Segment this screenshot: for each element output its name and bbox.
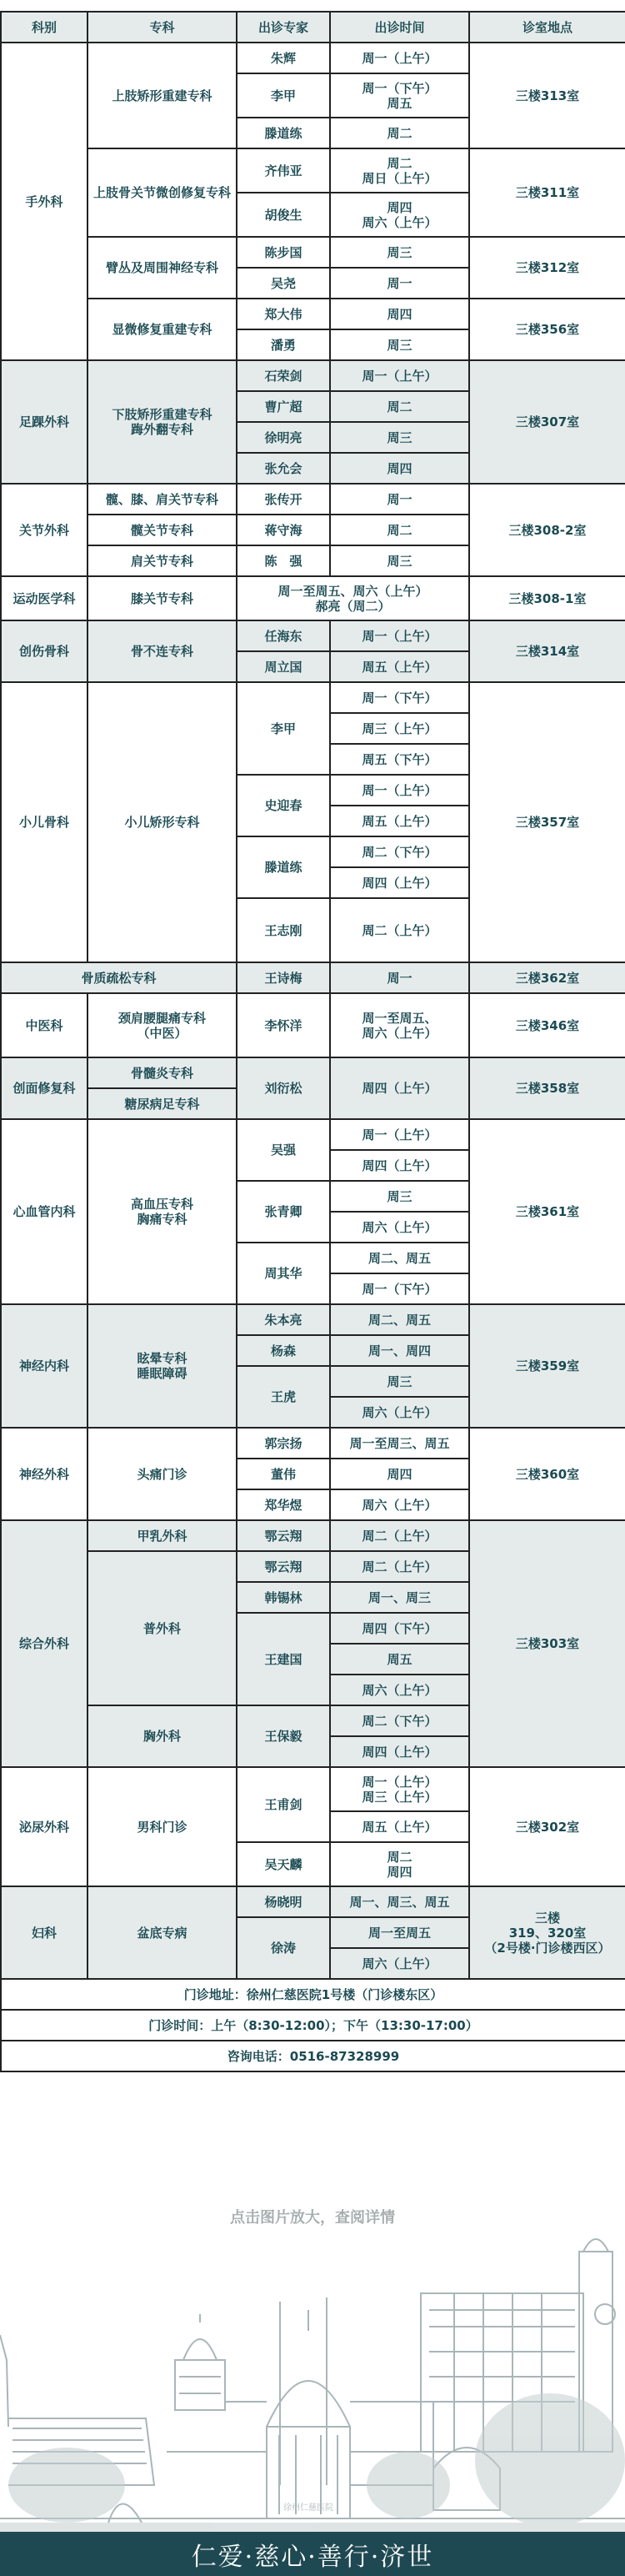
table-row: 骨质疏松专科 王诗梅 周一 三楼362室 <box>1 962 625 993</box>
time-cell: 周六（上午） <box>330 1489 469 1520</box>
doctor-cell: 鄂云翔 <box>237 1551 330 1582</box>
time-cell: 周四（上午） <box>330 867 469 898</box>
specialty-cell: 眩晕专科 睡眠障碍 <box>87 1304 237 1428</box>
specialty-cell: 胸外科 <box>87 1705 237 1767</box>
table-row: 综合外科 甲乳外科 鄂云翔 周二（上午） 三楼303室 <box>1 1520 625 1551</box>
time-cell: 周一至周五 <box>330 1917 469 1948</box>
specialty-cell: 糖尿病足专科 <box>87 1088 237 1119</box>
room-cell: 三楼312室 <box>469 237 625 299</box>
room-cell: 三楼360室 <box>469 1428 625 1520</box>
dept-cell: 妇科 <box>1 1886 87 1979</box>
doctor-cell: 周其华 <box>237 1243 330 1304</box>
dept-cell: 综合外科 <box>1 1520 87 1767</box>
dept-cell: 手外科 <box>1 43 87 360</box>
hospital-illustration[interactable]: 徐州仁慈医院 <box>0 2235 625 2532</box>
doctor-cell: 徐明亮 <box>237 422 330 453</box>
time-cell: 周一（上午） <box>330 43 469 73</box>
time-cell: 周一（下午） <box>330 682 469 713</box>
specialty-cell: 膝关节专科 <box>87 576 237 620</box>
time-cell: 周一（上午） 周三（上午） <box>330 1767 469 1811</box>
room-cell: 三楼303室 <box>469 1520 625 1767</box>
doctor-cell: 杨森 <box>237 1335 330 1366</box>
time-cell: 周一至周三、周五 <box>330 1428 469 1459</box>
specialty-cell: 骨不连专科 <box>87 620 237 682</box>
table-row: 创面修复科 骨髓炎专科 刘衍松 周四（上午） 三楼358室 <box>1 1057 625 1088</box>
specialty-cell: 臂丛及周围神经专科 <box>87 237 237 299</box>
table-row: 关节外科 髋、膝、肩关节专科 张传开 周一 三楼308-2室 <box>1 484 625 515</box>
hospital-sign: 徐州仁慈医院 <box>283 2502 333 2513</box>
doctor-cell: 王保毅 <box>237 1705 330 1767</box>
time-cell: 周三 <box>330 545 469 576</box>
table-row: 创伤骨科 骨不连专科 任海东 周一（上午） 三楼314室 <box>1 620 625 651</box>
table-row: 中医科 颈肩腰腿痛专科 （中医） 李怀洋 周一至周五、 周六（上午） 三楼346… <box>1 993 625 1057</box>
doctor-cell: 潘勇 <box>237 329 330 360</box>
table-row: 手外科 上肢矫形重建专科 朱辉 周一（上午） 三楼313室 <box>1 43 625 73</box>
doctor-cell: 王建国 <box>237 1613 330 1705</box>
doctor-cell: 朱本亮 <box>237 1304 330 1335</box>
specialty-cell: 肩关节专科 <box>87 545 237 576</box>
doctor-cell: 胡俊生 <box>237 193 330 237</box>
header-specialty: 专科 <box>87 12 237 43</box>
time-cell: 周六（上午） <box>330 1675 469 1705</box>
room-cell: 三楼359室 <box>469 1304 625 1428</box>
header-room: 诊室地点 <box>469 12 625 43</box>
footer-row: 门诊时间：上午（8:30-12:00）；下午（13:30-17:00） <box>1 2010 625 2041</box>
footer-row: 门诊地址：徐州仁慈医院1号楼（门诊楼东区） <box>1 1979 625 2010</box>
specialty-cell: 盆底专病 <box>87 1886 237 1979</box>
specialty-cell: 上肢骨关节微创修复专科 <box>87 148 237 237</box>
doctor-cell: 滕道练 <box>237 118 330 148</box>
doctor-cell: 齐伟亚 <box>237 148 330 193</box>
room-cell: 三楼356室 <box>469 299 625 360</box>
time-cell: 周三 <box>330 1181 469 1212</box>
doctor-cell: 董伟 <box>237 1459 330 1489</box>
dept-cell: 神经外科 <box>1 1428 87 1520</box>
time-cell: 周一（下午） <box>330 1273 469 1304</box>
slogan-text: 仁爱·慈心·善行·济世 <box>192 2536 434 2573</box>
time-cell: 周二、周五 <box>330 1243 469 1273</box>
time-cell: 周三 <box>330 1366 469 1397</box>
time-cell: 周二（下午） <box>330 1705 469 1736</box>
time-cell: 周二（上午） <box>330 1551 469 1582</box>
header-time: 出诊时间 <box>330 12 469 43</box>
time-cell: 周四 <box>330 453 469 484</box>
time-cell: 周五（上午） <box>330 806 469 836</box>
time-cell: 周一（上午） <box>330 360 469 391</box>
doctor-cell: 陈 强 <box>237 545 330 576</box>
time-cell: 周一 <box>330 962 469 993</box>
table-row: 显微修复重建专科 郑大伟 周四 三楼356室 <box>1 299 625 329</box>
table-row: 上肢骨关节微创修复专科 齐伟亚 周二 周日（上午） 三楼311室 <box>1 148 625 193</box>
doctor-cell: 朱辉 <box>237 43 330 73</box>
time-cell: 周四（上午） <box>330 1736 469 1767</box>
time-cell: 周六（上午） <box>330 1212 469 1243</box>
dept-cell: 创伤骨科 <box>1 620 87 682</box>
specialty-cell: 头痛门诊 <box>87 1428 237 1520</box>
time-cell: 周六（上午） <box>330 1948 469 1979</box>
time-cell: 周二 <box>330 391 469 422</box>
dept-cell: 关节外科 <box>1 484 87 576</box>
table-row: 小儿骨科 小儿矫形专科 李甲 周一（下午） 三楼357室 <box>1 682 625 713</box>
time-cell: 周四 周六（上午） <box>330 193 469 237</box>
room-cell: 三楼358室 <box>469 1057 625 1119</box>
table-row: 神经外科 头痛门诊 郭宗扬 周一至周三、周五 三楼360室 <box>1 1428 625 1459</box>
doctor-cell: 王诗梅 <box>237 962 330 993</box>
time-cell: 周二（上午） <box>330 898 469 962</box>
table-row: 泌尿外科 男科门诊 王甫剑 周一（上午） 周三（上午） 三楼302室 <box>1 1767 625 1811</box>
time-cell: 周一（上午） <box>330 775 469 806</box>
clinic-hours: 门诊时间：上午（8:30-12:00）；下午（13:30-17:00） <box>1 2010 625 2041</box>
time-cell: 周四 <box>330 299 469 329</box>
time-cell: 周二（上午） <box>330 1520 469 1551</box>
room-cell: 三楼308-2室 <box>469 484 625 576</box>
doctor-cell: 李怀洋 <box>237 993 330 1057</box>
dept-cell: 泌尿外科 <box>1 1767 87 1886</box>
footer-row: 咨询电话：0516-87328999 <box>1 2041 625 2071</box>
room-cell: 三楼357室 <box>469 682 625 962</box>
table-row: 足踝外科 下肢矫形重建专科 踇外翻专科 石荣剑 周一（上午） 三楼307室 <box>1 360 625 391</box>
specialty-cell: 男科门诊 <box>87 1767 237 1886</box>
dept-cell: 心血管内科 <box>1 1119 87 1304</box>
specialty-cell: 普外科 <box>87 1551 237 1705</box>
header-dept: 科别 <box>1 12 87 43</box>
table-row: 心血管内科 高血压专科 胸痛专科 吴强 周一（上午） 三楼361室 <box>1 1119 625 1150</box>
doctor-cell: 刘衍松 <box>237 1057 330 1119</box>
time-cell: 周一 <box>330 268 469 299</box>
room-cell: 三楼314室 <box>469 620 625 682</box>
time-cell: 周四（上午） <box>330 1057 469 1119</box>
zoom-hint-caption: 点击图片放大，查阅详情 <box>0 2206 625 2227</box>
room-cell: 三楼313室 <box>469 43 625 148</box>
header-row: 科别 专科 出诊专家 出诊时间 诊室地点 <box>1 12 625 43</box>
doctor-cell: 周立国 <box>237 651 330 682</box>
doctor-cell: 张青卿 <box>237 1181 330 1243</box>
clinic-address: 门诊地址：徐州仁慈医院1号楼（门诊楼东区） <box>1 1979 625 2010</box>
specialty-cell: 甲乳外科 <box>87 1520 237 1551</box>
doctor-cell: 石荣剑 <box>237 360 330 391</box>
time-cell: 周二 周日（上午） <box>330 148 469 193</box>
room-cell: 三楼311室 <box>469 148 625 237</box>
specialty-cell: 高血压专科 胸痛专科 <box>87 1119 237 1304</box>
doctor-cell: 蒋守海 <box>237 515 330 545</box>
doctor-cell: 王虎 <box>237 1366 330 1428</box>
time-cell: 周三 <box>330 422 469 453</box>
time-cell: 周一 <box>330 484 469 515</box>
dept-cell: 创面修复科 <box>1 1057 87 1119</box>
doctor-cell: 滕道练 <box>237 836 330 898</box>
specialty-cell: 显微修复重建专科 <box>87 299 237 360</box>
room-cell: 三楼362室 <box>469 962 625 993</box>
specialty-cell: 颈肩腰腿痛专科 （中医） <box>87 993 237 1057</box>
time-cell: 周四（下午） <box>330 1613 469 1644</box>
doctor-cell: 王甫剑 <box>237 1767 330 1842</box>
table-row: 妇科 盆底专病 杨晓明 周一、周三、周五 三楼 319、320室 （2号楼·门诊… <box>1 1886 625 1917</box>
time-cell: 周一、周三 <box>330 1582 469 1613</box>
time-cell: 周三 <box>330 237 469 268</box>
room-cell: 三楼 319、320室 （2号楼·门诊楼西区） <box>469 1886 625 1979</box>
time-cell: 周二 <box>330 118 469 148</box>
doctor-cell: 郑华煜 <box>237 1489 330 1520</box>
specialty-cell: 骨质疏松专科 <box>1 962 237 993</box>
doctor-cell: 徐涛 <box>237 1917 330 1979</box>
consult-phone: 咨询电话：0516-87328999 <box>1 2041 625 2071</box>
clinic-schedule-table: 科别 专科 出诊专家 出诊时间 诊室地点 手外科 上肢矫形重建专科 朱辉 周一（… <box>0 11 625 2072</box>
dept-cell: 小儿骨科 <box>1 682 87 962</box>
time-cell: 周六（上午） <box>330 1397 469 1428</box>
time-cell: 周二（下午） <box>330 836 469 867</box>
room-cell: 三楼307室 <box>469 360 625 484</box>
time-cell: 周一（上午） <box>330 620 469 651</box>
time-cell: 周二 <box>330 515 469 545</box>
time-cell: 周五（上午） <box>330 651 469 682</box>
dept-cell: 运动医学科 <box>1 576 87 620</box>
doctor-cell: 吴强 <box>237 1119 330 1181</box>
time-cell: 周二、周五 <box>330 1304 469 1335</box>
doctor-cell: 任海东 <box>237 620 330 651</box>
specialty-cell: 髋、膝、肩关节专科 <box>87 484 237 515</box>
room-cell: 三楼361室 <box>469 1119 625 1304</box>
doctor-cell: 郑大伟 <box>237 299 330 329</box>
doctor-cell: 韩锡林 <box>237 1582 330 1613</box>
doctor-cell: 张传开 <box>237 484 330 515</box>
time-cell: 周五（下午） <box>330 744 469 775</box>
doctor-cell: 杨晓明 <box>237 1886 330 1917</box>
time-cell: 周一、周三、周五 <box>330 1886 469 1917</box>
doctor-cell: 曹广超 <box>237 391 330 422</box>
doctor-cell: 吴尧 <box>237 268 330 299</box>
room-cell: 三楼308-1室 <box>469 576 625 620</box>
dept-cell: 神经内科 <box>1 1304 87 1428</box>
time-cell: 周一至周五、 周六（上午） <box>330 993 469 1057</box>
header-doctor: 出诊专家 <box>237 12 330 43</box>
time-cell: 周三 <box>330 329 469 360</box>
time-cell: 周一、周四 <box>330 1335 469 1366</box>
specialty-cell: 上肢矫形重建专科 <box>87 43 237 148</box>
time-cell: 周一（上午） <box>330 1119 469 1150</box>
doctor-cell: 王志刚 <box>237 898 330 962</box>
room-cell: 三楼346室 <box>469 993 625 1057</box>
doctor-cell: 吴天麟 <box>237 1842 330 1886</box>
slogan-banner: 仁爱·慈心·善行·济世 <box>0 2532 625 2576</box>
specialty-cell: 髋关节专科 <box>87 515 237 545</box>
time-cell: 周一至周五、周六（上午） 郝亮（周二） <box>237 576 469 620</box>
specialty-cell: 骨髓炎专科 <box>87 1057 237 1088</box>
table-row: 运动医学科 膝关节专科 周一至周五、周六（上午） 郝亮（周二） 三楼308-1室 <box>1 576 625 620</box>
doctor-cell: 陈步国 <box>237 237 330 268</box>
table-row: 臂丛及周围神经专科 陈步国 周三 三楼312室 <box>1 237 625 268</box>
dept-cell: 足踝外科 <box>1 360 87 484</box>
doctor-cell: 李甲 <box>237 682 330 775</box>
time-cell: 周二 周四 <box>330 1842 469 1886</box>
specialty-cell: 下肢矫形重建专科 踇外翻专科 <box>87 360 237 484</box>
room-cell: 三楼302室 <box>469 1767 625 1886</box>
doctor-cell: 鄂云翔 <box>237 1520 330 1551</box>
time-cell: 周四（上午） <box>330 1150 469 1181</box>
doctor-cell: 史迎春 <box>237 775 330 836</box>
time-cell: 周四 <box>330 1459 469 1489</box>
time-cell: 周一（下午） 周五 <box>330 73 469 118</box>
doctor-cell: 李甲 <box>237 73 330 118</box>
specialty-cell: 小儿矫形专科 <box>87 682 237 962</box>
doctor-cell: 张允会 <box>237 453 330 484</box>
doctor-cell: 郭宗扬 <box>237 1428 330 1459</box>
time-cell: 周五（上午） <box>330 1811 469 1842</box>
time-cell: 周三（上午） <box>330 713 469 744</box>
dept-cell: 中医科 <box>1 993 87 1057</box>
table-row: 神经内科 眩晕专科 睡眠障碍 朱本亮 周二、周五 三楼359室 <box>1 1304 625 1335</box>
time-cell: 周五 <box>330 1644 469 1675</box>
